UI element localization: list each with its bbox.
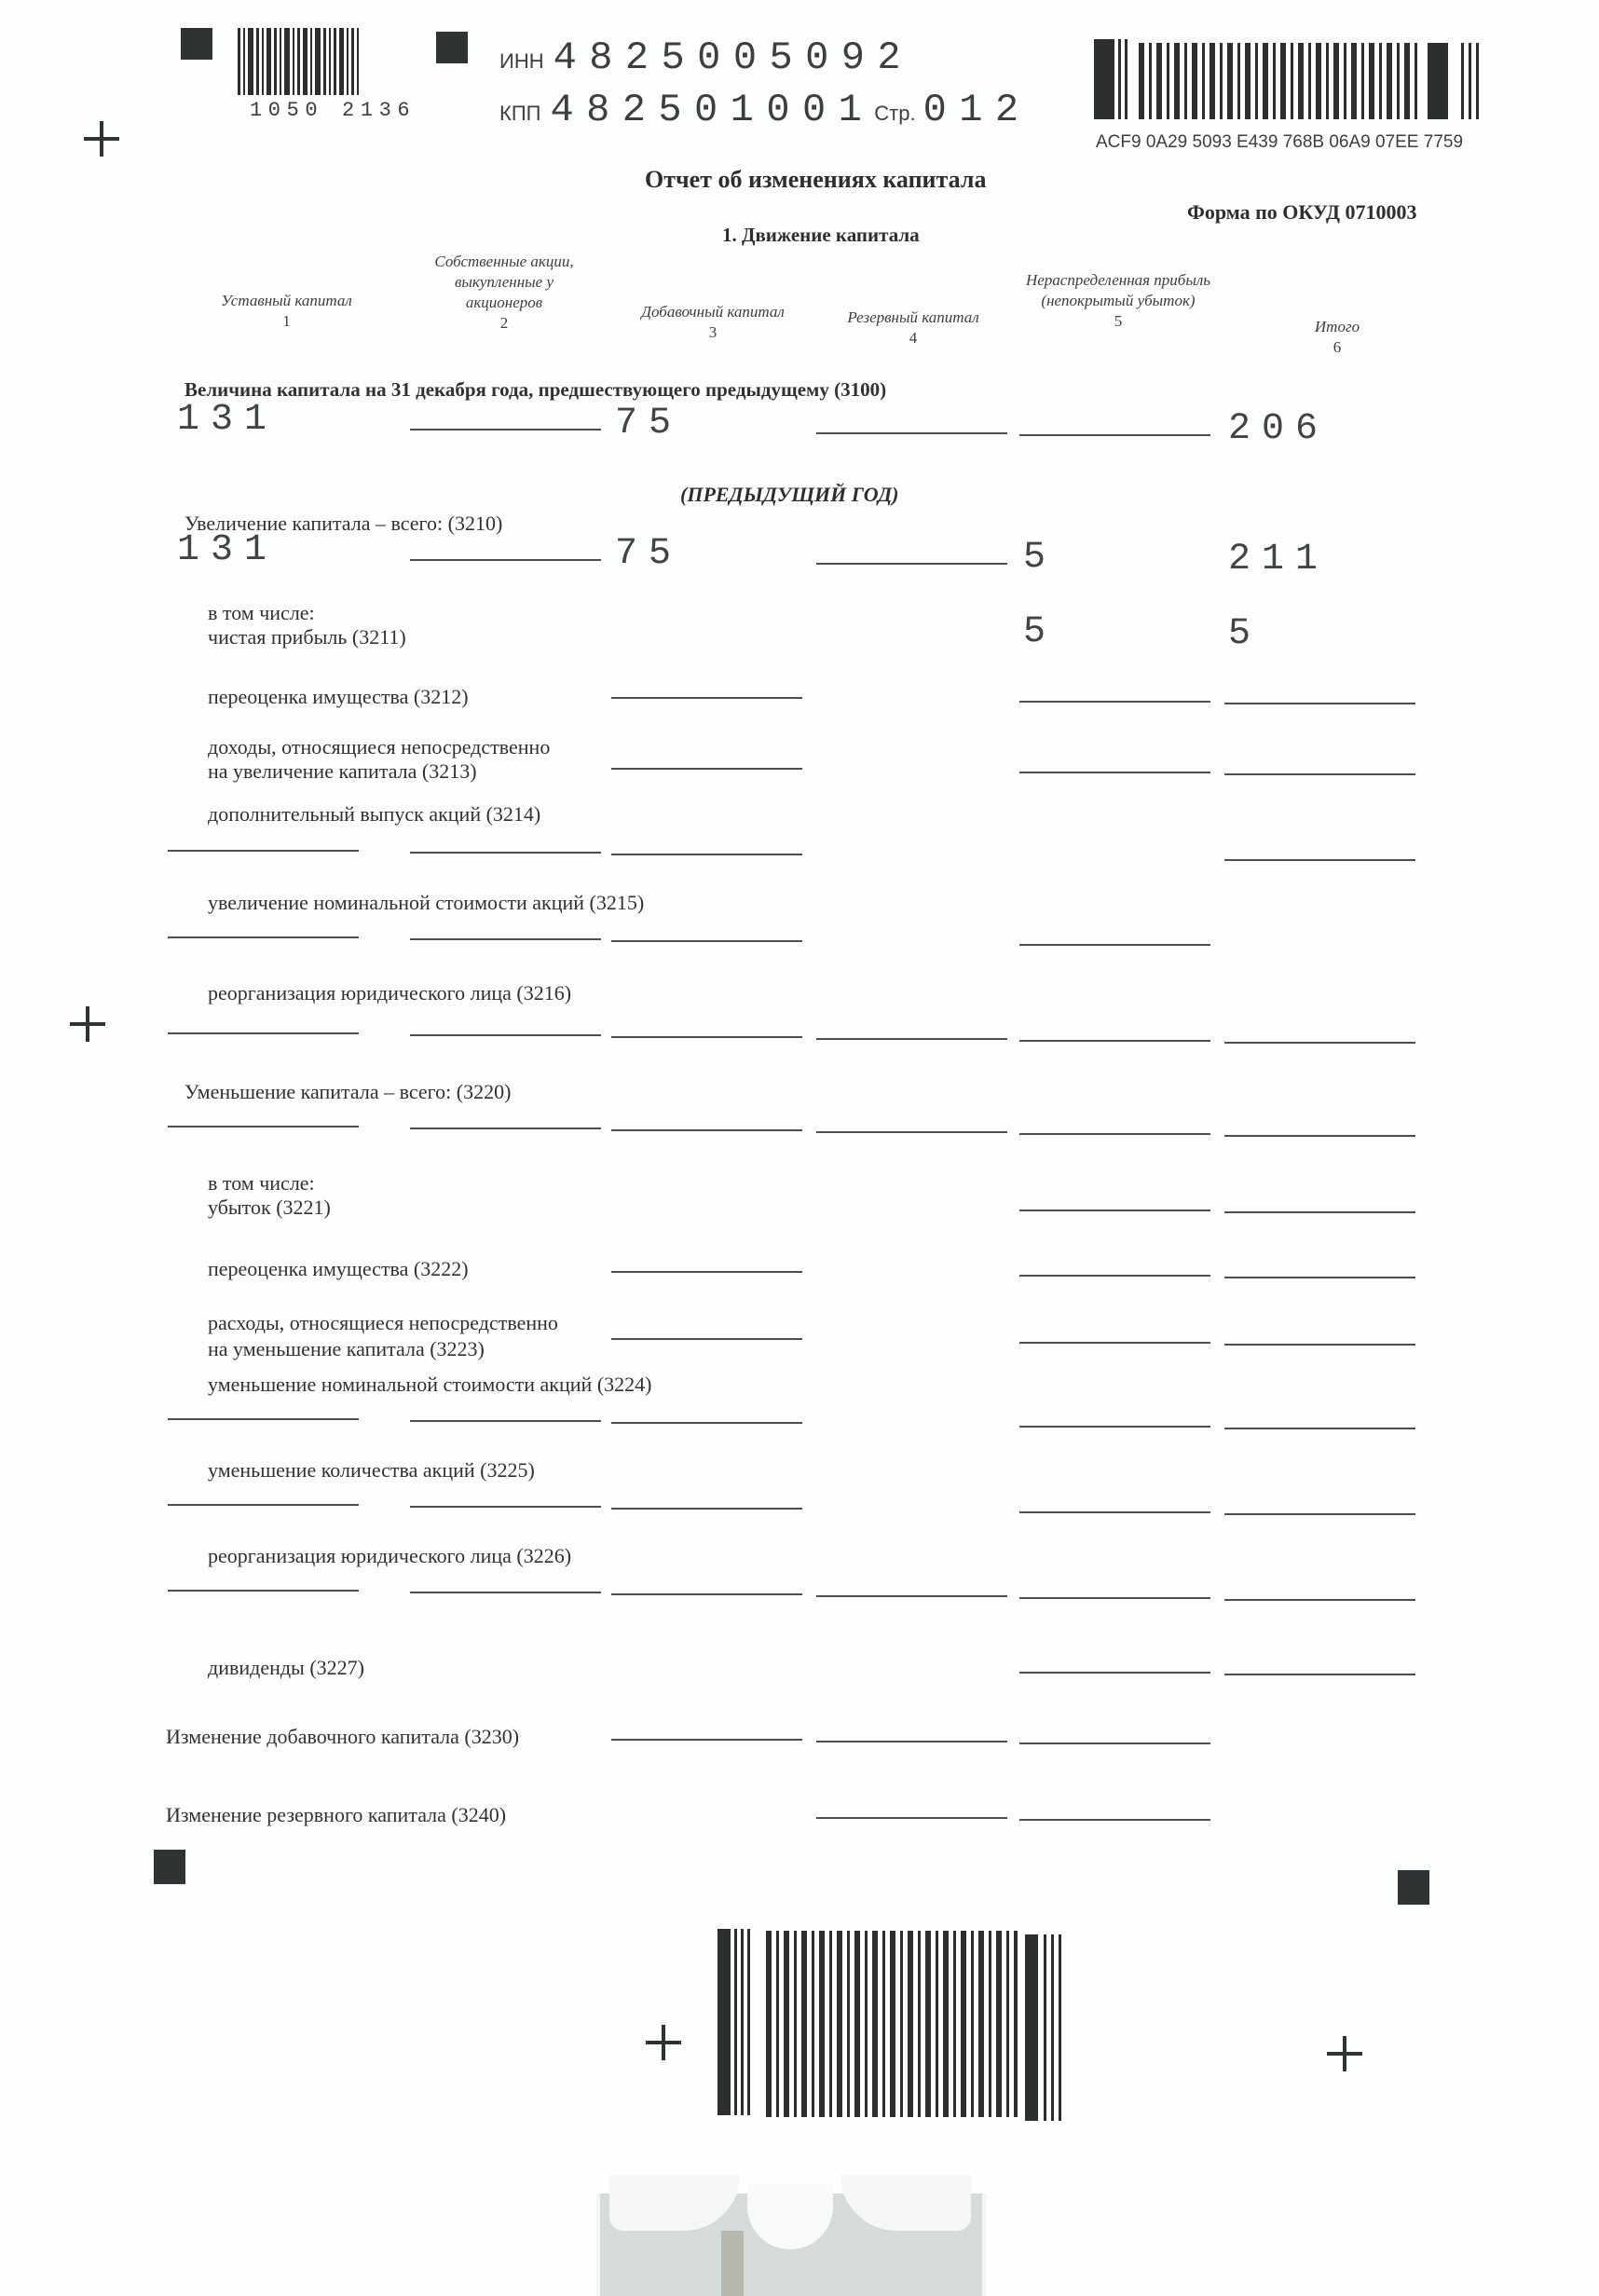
cell-3100-col3: 75 — [615, 403, 682, 444]
matrix-code-bottom-guard-bar — [1044, 1934, 1046, 2121]
cell-3214-col3 — [611, 854, 802, 855]
cell-3220-col4 — [816, 1131, 1007, 1133]
column-number: 5 — [1025, 311, 1211, 332]
cell-3100-col1: 131 — [177, 399, 278, 441]
cell-3230-col4 — [816, 1741, 1007, 1742]
kpp-field: КПП 482501001 Стр. 012 — [499, 88, 1032, 132]
cell-3100-col5 — [1019, 434, 1210, 436]
cell-3240-col5 — [1019, 1819, 1210, 1821]
matrix-code-top-guard-bar — [1125, 39, 1127, 119]
cell-3216-col2 — [410, 1034, 601, 1036]
cell-3212-col6 — [1224, 703, 1415, 704]
cell-3226-col4 — [816, 1595, 1007, 1597]
column-header-5: Нераспределенная прибыль (непокрытый убы… — [1025, 270, 1211, 332]
matrix-code-top — [1139, 43, 1418, 119]
column-number: 3 — [624, 322, 801, 343]
artifact-shape-right — [840, 2175, 971, 2231]
column-number: 4 — [829, 328, 997, 348]
inn-label: ИНН — [499, 49, 544, 74]
cell-3220-col3 — [611, 1129, 802, 1131]
cell-3216-col5 — [1019, 1040, 1210, 1042]
row-label-3222: переоценка имущества (3222) — [208, 1256, 469, 1282]
cell-3224-col5 — [1019, 1426, 1210, 1428]
row-label-3227: дивиденды (3227) — [208, 1655, 364, 1681]
row-label-3230: Изменение добавочного капитала (3230) — [166, 1724, 519, 1750]
cell-3210-col1: 131 — [177, 529, 278, 571]
column-number: 1 — [200, 311, 373, 332]
cell-3222-col5 — [1019, 1275, 1210, 1277]
cell-3226-col3 — [611, 1593, 802, 1595]
cell-3226-col1 — [168, 1590, 359, 1592]
page-value: 012 — [923, 88, 1032, 132]
artifact-film-strip — [721, 2231, 744, 2296]
cell-3100-col6: 206 — [1228, 408, 1329, 450]
cell-3212-col3 — [611, 697, 802, 699]
registration-square-bottom-left — [154, 1850, 185, 1884]
cell-3224-col2 — [410, 1420, 601, 1422]
row-label-3215: увеличение номинальной стоимости акций (… — [208, 890, 644, 916]
column-number: 6 — [1277, 337, 1398, 358]
row-label-3213: на увеличение капитала (3213) — [208, 758, 477, 785]
column-header-2: Собственные акции, выкупленные у акционе… — [416, 252, 593, 334]
matrix-code-bottom-guard-bar — [741, 1929, 744, 2115]
matrix-code-bottom-guard-bar — [734, 1929, 737, 2115]
column-header-3: Добавочный капитал3 — [624, 302, 801, 343]
report-title: Отчет об изменениях капитала — [645, 166, 986, 194]
page-label: Стр. — [874, 102, 915, 126]
cell-3225-col2 — [410, 1506, 601, 1508]
cell-3230-col3 — [611, 1739, 802, 1741]
cell-3225-col5 — [1019, 1511, 1210, 1513]
artifact-shape-left — [609, 2175, 740, 2231]
matrix-code-bottom-guard-bar — [1059, 1934, 1061, 2121]
cell-3211-col5: 5 — [1023, 611, 1057, 653]
matrix-code-top-guard-bar — [1469, 43, 1471, 119]
cell-3226-col5 — [1019, 1597, 1210, 1599]
cell-3213-col3 — [611, 768, 802, 770]
cell-3224-col3 — [611, 1422, 802, 1424]
cell-3220-col6 — [1224, 1135, 1415, 1137]
matrix-code-top-guard-bar — [1118, 39, 1121, 119]
registration-square-bottom-right — [1398, 1870, 1429, 1905]
inn-field: ИНН 4825005092 — [499, 35, 913, 80]
inn-value: 4825005092 — [553, 35, 913, 80]
cell-3216-col3 — [611, 1036, 802, 1038]
matrix-code-top-guard-bar — [1476, 43, 1479, 119]
cell-3210-col2 — [410, 559, 601, 561]
registration-square-top-mid — [436, 32, 468, 63]
cell-3220-col5 — [1019, 1133, 1210, 1135]
cell-3215-col1 — [168, 936, 359, 938]
artifact-shape-center — [747, 2184, 833, 2249]
cell-3225-col6 — [1224, 1513, 1415, 1515]
cell-3220-col2 — [410, 1127, 601, 1129]
row-label-3223: на уменьшение капитала (3223) — [208, 1336, 485, 1362]
cell-3225-col1 — [168, 1504, 359, 1506]
cell-3223-col5 — [1019, 1342, 1210, 1344]
section-title: 1. Движение капитала — [722, 224, 920, 247]
row-label-3214: дополнительный выпуск акций (3214) — [208, 801, 540, 827]
column-number: 2 — [416, 313, 593, 334]
cell-3220-col1 — [168, 1126, 359, 1127]
scan-artifact-image — [596, 2193, 986, 2296]
row-label-3212: переоценка имущества (3212) — [208, 684, 469, 710]
row-label-3225: уменьшение количества акций (3225) — [208, 1457, 535, 1483]
linear-barcode — [238, 28, 362, 95]
registration-square-top-left — [181, 28, 212, 60]
cell-3227-col5 — [1019, 1672, 1210, 1674]
cell-3214-col1 — [168, 850, 359, 852]
column-label: Уставный капитал — [221, 292, 352, 309]
matrix-code-bottom-guard-bar — [1051, 1934, 1054, 2121]
row-label-3216: реорганизация юридического лица (3216) — [208, 980, 571, 1006]
cell-3213-col6 — [1224, 773, 1415, 775]
cell-3216-col1 — [168, 1032, 359, 1034]
matrix-code-bottom-guard-bar — [747, 1929, 750, 2115]
cell-3210-col5: 5 — [1023, 537, 1057, 579]
cell-3214-col2 — [410, 852, 601, 854]
cell-3213-col5 — [1019, 772, 1210, 773]
cell-3224-col6 — [1224, 1428, 1415, 1429]
cell-3214-col6 — [1224, 859, 1415, 861]
row-label-3221: убыток (3221) — [208, 1195, 331, 1221]
column-header-6: Итого6 — [1277, 317, 1398, 358]
column-header-1: Уставный капитал1 — [200, 291, 373, 332]
matrix-code-bottom — [766, 1931, 1018, 2117]
cell-3212-col5 — [1019, 701, 1210, 703]
column-label: Нераспределенная прибыль (непокрытый убы… — [1026, 271, 1210, 309]
period-heading: (ПРЕДЫДУЩИЙ ГОД) — [680, 483, 898, 507]
row-label-line1: доходы, относящиеся непосредственно — [208, 734, 550, 760]
crosshair-mark-top-left — [84, 121, 119, 157]
cell-3100-col2 — [410, 429, 601, 430]
matrix-code-top-guard-left — [1094, 39, 1114, 119]
column-label: Резервный капитал — [847, 308, 978, 326]
crosshair-mark-bottom-center — [646, 2025, 681, 2060]
cell-3210-col3: 75 — [615, 533, 682, 575]
row-label-prefix: в том числе: — [208, 1170, 315, 1196]
column-label: Добавочный капитал — [641, 303, 785, 321]
cell-3223-col3 — [611, 1338, 802, 1340]
row-label-3100: Величина капитала на 31 декабря года, пр… — [184, 376, 886, 403]
crosshair-mark-bottom-right — [1327, 2036, 1362, 2071]
cell-3216-col4 — [816, 1038, 1007, 1040]
cell-3100-col4 — [816, 432, 1007, 434]
barcode-number: 1050 2136 — [250, 99, 416, 122]
column-header-4: Резервный капитал4 — [829, 307, 997, 348]
row-label-line1: расходы, относящиеся непосредственно — [208, 1310, 558, 1336]
cell-3225-col3 — [611, 1508, 802, 1510]
cell-3215-col5 — [1019, 944, 1210, 946]
cell-3240-col4 — [816, 1817, 1007, 1819]
cell-3227-col6 — [1224, 1674, 1415, 1675]
column-label: Итого — [1315, 318, 1360, 335]
cell-3222-col3 — [611, 1271, 802, 1273]
cell-3210-col6: 211 — [1228, 539, 1329, 581]
cell-3221-col5 — [1019, 1209, 1210, 1211]
cell-3211-col6: 5 — [1228, 613, 1262, 655]
cell-3215-col2 — [410, 938, 601, 940]
matrix-code-bottom-guard-right — [1025, 1934, 1038, 2121]
matrix-code-text: ACF9 0A29 5093 E439 768B 06A9 07EE 7759 — [1096, 132, 1463, 153]
cell-3223-col6 — [1224, 1344, 1415, 1346]
cell-3222-col6 — [1224, 1277, 1415, 1278]
kpp-label: КПП — [499, 102, 540, 126]
cell-3210-col4 — [816, 563, 1007, 565]
row-label-3226: реорганизация юридического лица (3226) — [208, 1543, 571, 1569]
matrix-code-bottom-guard-left — [717, 1929, 731, 2115]
cell-3226-col2 — [410, 1592, 601, 1593]
cell-3221-col6 — [1224, 1211, 1415, 1213]
kpp-value: 482501001 — [550, 88, 874, 132]
row-label-3211: чистая прибыль (3211) — [208, 624, 406, 650]
cell-3230-col5 — [1019, 1742, 1210, 1744]
row-label-3240: Изменение резервного капитала (3240) — [166, 1802, 506, 1828]
form-code: Форма по ОКУД 0710003 — [1187, 200, 1417, 225]
column-label: Собственные акции, выкупленные у акционе… — [434, 253, 573, 311]
cell-3216-col6 — [1224, 1042, 1415, 1044]
matrix-code-top-guard-bar — [1461, 43, 1464, 119]
matrix-code-top-guard-right — [1428, 43, 1448, 119]
cell-3226-col6 — [1224, 1599, 1415, 1601]
row-label-3220: Уменьшение капитала – всего: (3220) — [184, 1079, 511, 1105]
crosshair-mark-mid-left — [70, 1006, 105, 1042]
row-label-prefix: в том числе: — [208, 600, 315, 626]
cell-3215-col3 — [611, 940, 802, 942]
row-label-3224: уменьшение номинальной стоимости акций (… — [208, 1372, 651, 1398]
cell-3224-col1 — [168, 1418, 359, 1420]
